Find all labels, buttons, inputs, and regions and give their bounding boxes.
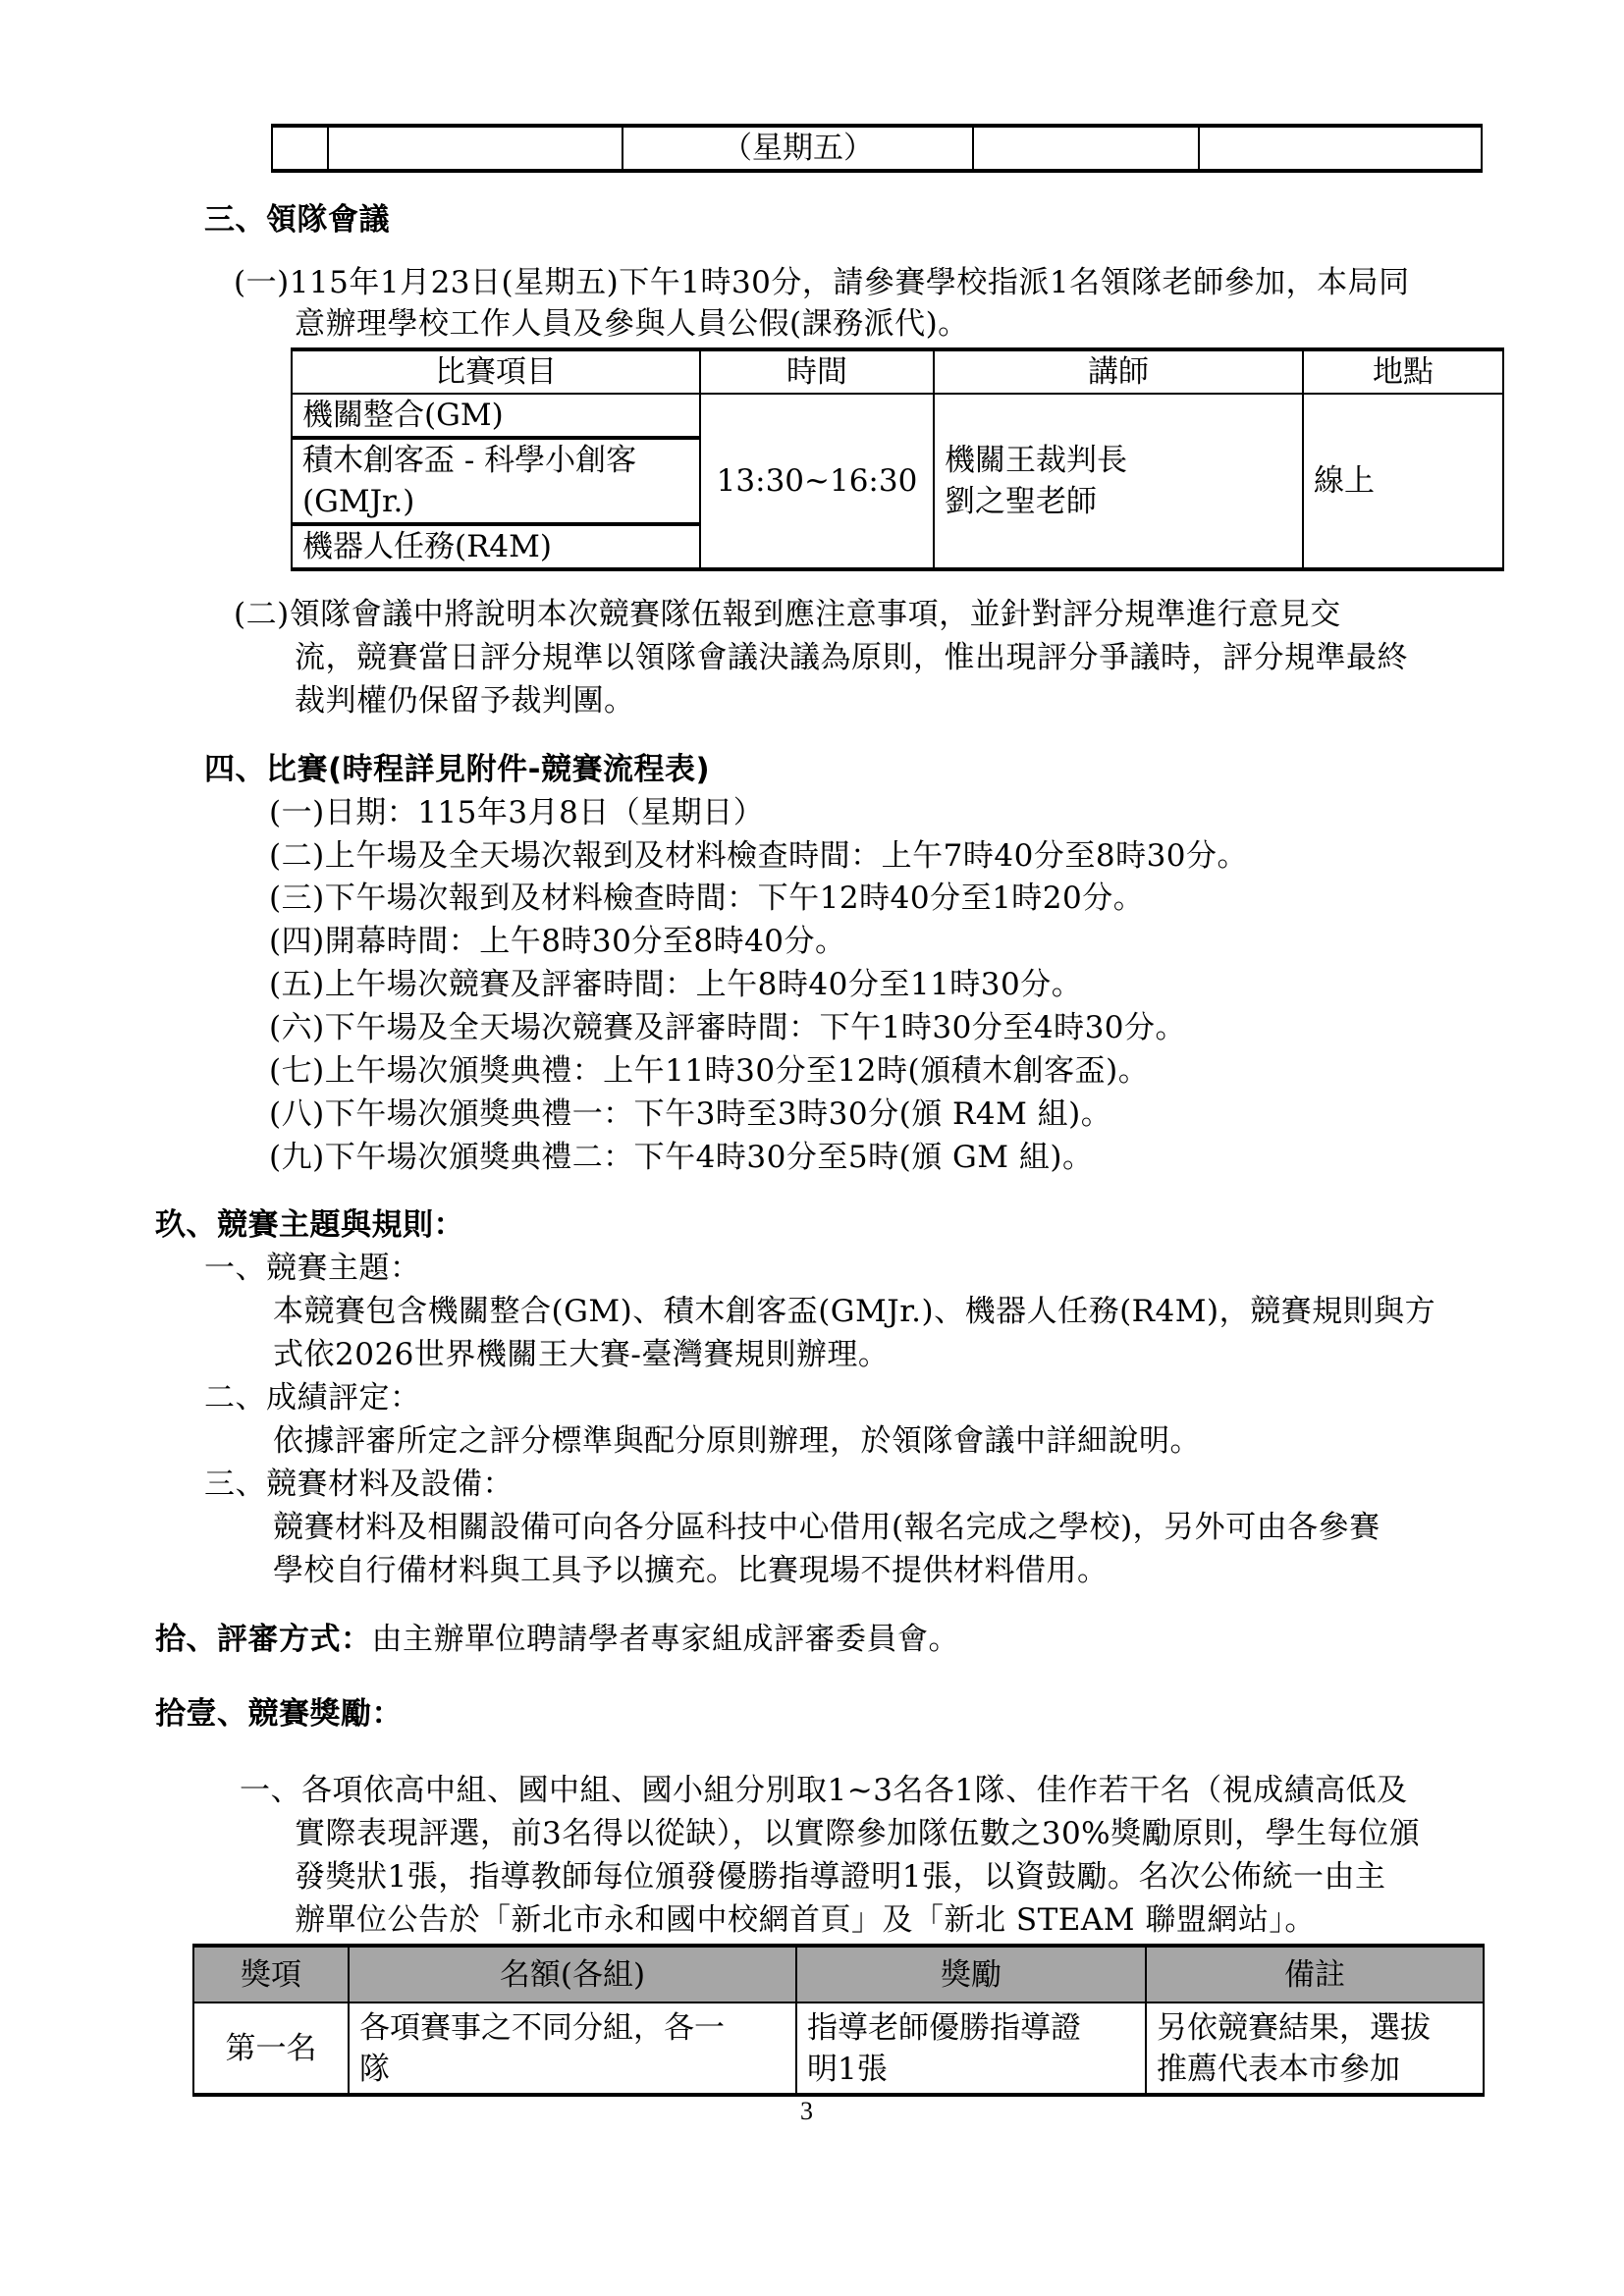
cell-line: 隊 bbox=[359, 2049, 785, 2090]
paragraph-line: 學校自行備材料與工具予以擴充。比賽現場不提供材料借用。 bbox=[273, 1549, 1109, 1592]
section-heading-competition: 四、比賽(時程詳見附件-競賽流程表) bbox=[204, 748, 710, 791]
paragraph-line: 裁判權仍保留予裁判團。 bbox=[295, 679, 635, 722]
lecturer-line: 機關王裁判長 bbox=[945, 440, 1292, 481]
schedule-item: (六)下午場及全天場次競賽及評審時間：下午1時30分至4時30分。 bbox=[269, 1006, 1186, 1049]
section-heading-awards: 拾壹、競賽獎勵： bbox=[155, 1692, 403, 1735]
subsection-heading: 三、競賽材料及設備： bbox=[204, 1463, 514, 1506]
cell-line: 另依競賽結果，選拔 bbox=[1157, 2007, 1473, 2049]
schedule-item: (九)下午場次頒獎典禮二：下午4時30分至5時(頒 GM 組)。 bbox=[269, 1136, 1093, 1179]
schedule-item: (四)開幕時間：上午8時30分至8時40分。 bbox=[269, 920, 846, 963]
paragraph-line: 實際表現評選，前3名得以從缺），以實際參加隊伍數之30%獎勵原則，學生每位頒 bbox=[295, 1812, 1420, 1855]
schedule-item: (三)下午場次報到及材料檢查時間：下午12時40分至1時20分。 bbox=[269, 877, 1144, 920]
paragraph-line: 本競賽包含機關整合(GM)、積木創客盃(GMJr.)、機器人任務(R4M)，競賽… bbox=[273, 1290, 1435, 1333]
table-header: 備註 bbox=[1146, 1946, 1484, 2002]
schedule-item: (八)下午場次頒獎典禮一：下午3時至3時30分(頒 R4M 組)。 bbox=[269, 1093, 1111, 1136]
paragraph-line: (二)領隊會議中將說明本次競賽隊伍報到應注意事項，並針對評分規準進行意見交 bbox=[234, 593, 1341, 636]
table-cell-weekday: （星期五） bbox=[623, 126, 973, 171]
table-cell-event: 機關整合(GM) bbox=[292, 394, 700, 438]
paragraph-line: 發獎狀1張，指導教師每位頒發優勝指導證明1張，以資鼓勵。名次公佈統一由主 bbox=[295, 1855, 1385, 1898]
continued-schedule-table: （星期五） bbox=[271, 124, 1483, 173]
table-header: 名額(各組) bbox=[349, 1946, 796, 2002]
table-cell bbox=[328, 126, 623, 171]
paragraph-line: 一、各項依高中組、國中組、國小組分別取1~3名各1隊、佳作若干名（視成績高低及 bbox=[240, 1769, 1408, 1812]
judging-method: 拾、評審方式：由主辦單位聘請學者專家組成評審委員會。 bbox=[155, 1618, 959, 1661]
table-header: 比賽項目 bbox=[292, 349, 700, 394]
page-number: 3 bbox=[800, 2097, 813, 2126]
table-cell-event: 積木創客盃 - 科學小創客(GMJr.) bbox=[292, 438, 700, 524]
leader-meeting-table: 比賽項目 時間 講師 地點 機關整合(GM) 13:30~16:30 機關王裁判… bbox=[291, 347, 1504, 571]
table-cell-time: 13:30~16:30 bbox=[700, 394, 934, 569]
paragraph-line: 意辦理學校工作人員及參與人員公假(課務派代)。 bbox=[295, 302, 969, 346]
cell-line: 明1張 bbox=[807, 2049, 1135, 2090]
table-cell-event: 機器人任務(R4M) bbox=[292, 524, 700, 569]
cell-line: 指導老師優勝指導證 bbox=[807, 2007, 1135, 2049]
table-cell-lecturer: 機關王裁判長 劉之聖老師 bbox=[934, 394, 1303, 569]
subsection-heading: 一、競賽主題： bbox=[204, 1247, 421, 1290]
table-header: 講師 bbox=[934, 349, 1303, 394]
table-cell-location: 線上 bbox=[1303, 394, 1503, 569]
table-header: 獎勵 bbox=[796, 1946, 1146, 2002]
schedule-item: (五)上午場次競賽及評審時間：上午8時40分至11時30分。 bbox=[269, 963, 1082, 1006]
paragraph-line: 式依2026世界機關王大賽-臺灣賽規則辦理。 bbox=[273, 1333, 889, 1376]
lecturer-line: 劉之聖老師 bbox=[945, 481, 1292, 522]
table-header: 地點 bbox=[1303, 349, 1503, 394]
schedule-item: (七)上午場次頒獎典禮：上午11時30分至12時(頒積木創客盃)。 bbox=[269, 1049, 1149, 1093]
schedule-item: (一)日期：115年3月8日（星期日） bbox=[269, 791, 764, 834]
cell-line: 推薦代表本市參加 bbox=[1157, 2049, 1473, 2090]
table-cell bbox=[1199, 126, 1482, 171]
subsection-heading: 二、成績評定： bbox=[204, 1376, 421, 1419]
paragraph-line: 依據評審所定之評分標準與配分原則辦理，於領隊會議中詳細說明。 bbox=[273, 1419, 1201, 1463]
judging-text: 由主辦單位聘請學者專家組成評審委員會。 bbox=[372, 1622, 960, 1657]
table-cell-award: 第一名 bbox=[193, 2002, 349, 2095]
paragraph-line: (一)115年1月23日(星期五)下午1時30分，請參賽學校指派1名領隊老師參加… bbox=[234, 261, 1410, 304]
section-heading-judging: 拾、評審方式： bbox=[155, 1622, 372, 1657]
table-cell-reward: 指導老師優勝指導證 明1張 bbox=[796, 2002, 1146, 2095]
table-header: 獎項 bbox=[193, 1946, 349, 2002]
table-header: 時間 bbox=[700, 349, 934, 394]
paragraph-line: 流，競賽當日評分規準以領隊會議決議為原則，惟出現評分爭議時，評分規準最終 bbox=[295, 636, 1408, 679]
cell-line: 各項賽事之不同分組，各一 bbox=[359, 2007, 785, 2049]
table-cell bbox=[272, 126, 328, 171]
section-heading-theme-rules: 玖、競賽主題與規則： bbox=[155, 1203, 464, 1247]
paragraph-line: 競賽材料及相關設備可向各分區科技中心借用(報名完成之學校)，另外可由各參賽 bbox=[273, 1506, 1380, 1549]
paragraph-line: 辦單位公告於「新北市永和國中校網首頁」及「新北 STEAM 聯盟網站」。 bbox=[295, 1898, 1316, 1942]
table-cell bbox=[973, 126, 1199, 171]
awards-table: 獎項 名額(各組) 獎勵 備註 第一名 各項賽事之不同分組，各一 隊 指導老師優… bbox=[192, 1944, 1485, 2097]
schedule-item: (二)上午場及全天場次報到及材料檢查時間：上午7時40分至8時30分。 bbox=[269, 834, 1248, 878]
section-heading-leader-meeting: 三、領隊會議 bbox=[204, 198, 390, 241]
table-cell-quota: 各項賽事之不同分組，各一 隊 bbox=[349, 2002, 796, 2095]
table-cell-note: 另依競賽結果，選拔 推薦代表本市參加 bbox=[1146, 2002, 1484, 2095]
